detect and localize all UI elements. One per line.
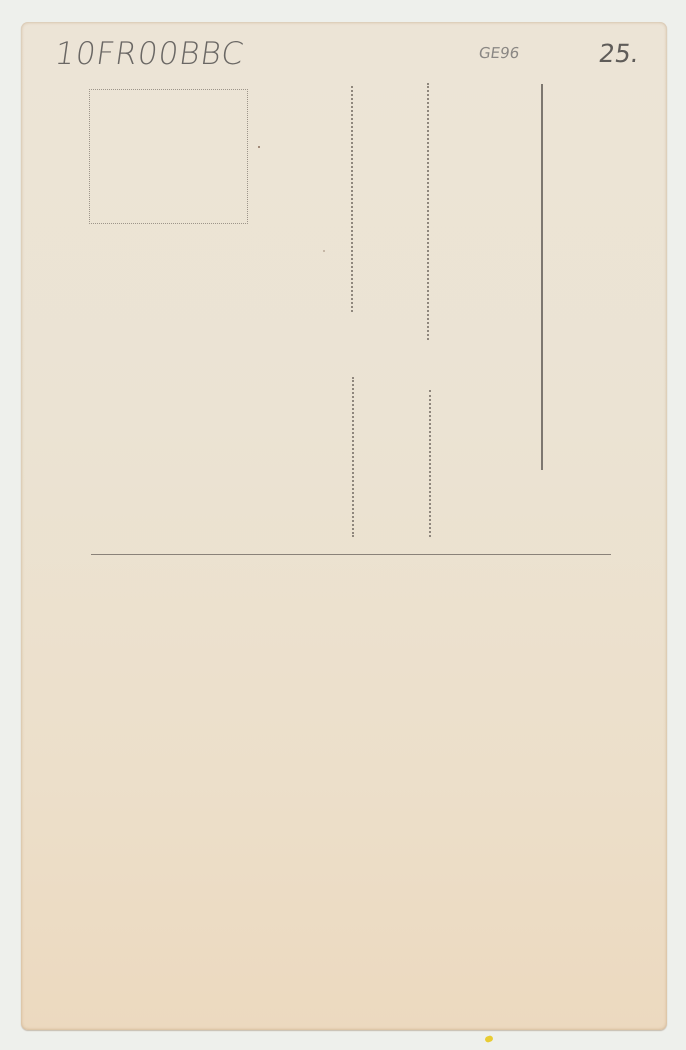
reference-code-annotation: 10FR00BBC [52, 36, 246, 72]
postcard-back: 10FR00BBC GE96 25. [21, 22, 667, 1030]
number-annotation: 25. [597, 39, 641, 68]
dotted-divider-2-upper [427, 83, 429, 340]
horizontal-rule [91, 554, 611, 555]
paper-speck [258, 146, 260, 148]
dotted-divider-1-upper [351, 86, 353, 312]
yellow-mark [484, 1035, 494, 1043]
stamp-box [89, 89, 248, 224]
catalog-code-annotation: GE96 [478, 44, 521, 62]
paper-speck [323, 250, 325, 252]
dotted-divider-1-lower [352, 377, 354, 537]
dotted-divider-2-lower [429, 390, 431, 537]
solid-divider [541, 84, 543, 470]
